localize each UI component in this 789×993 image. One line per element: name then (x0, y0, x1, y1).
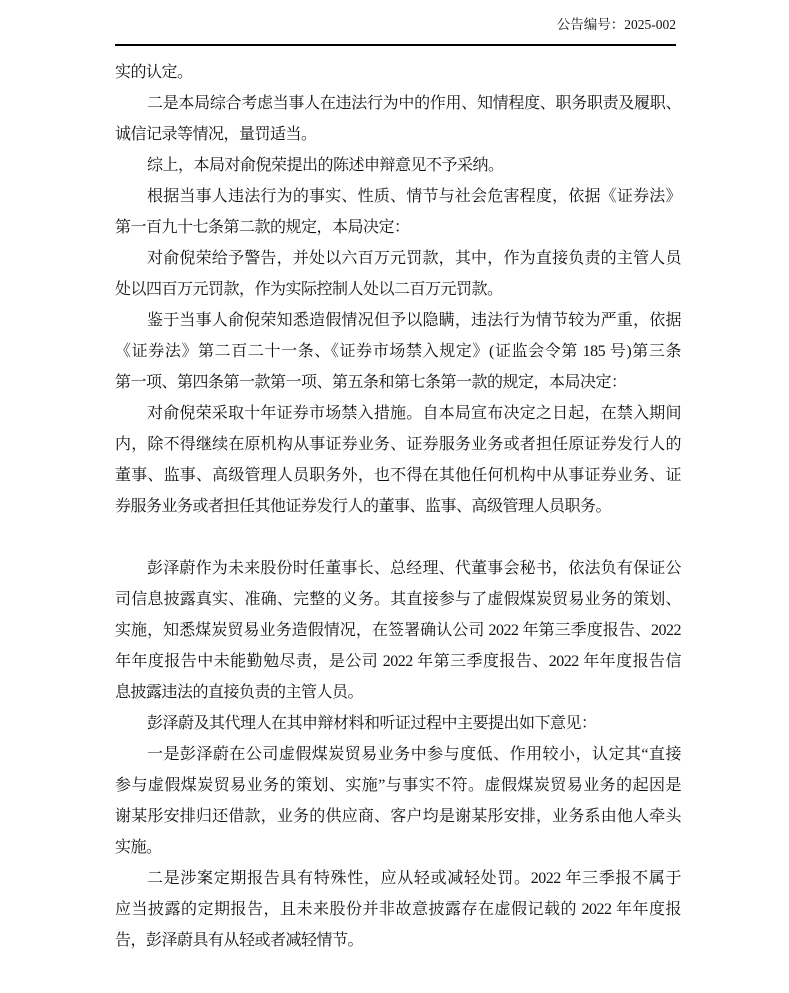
text-line: 息披露违法的直接负责的主管人员。 (115, 677, 681, 708)
text-line: 实的认定。 (115, 57, 681, 88)
text-line: 综上，本局对俞倪荣提出的陈述申辩意见不予采纳。 (115, 150, 681, 181)
text-line: 二是涉案定期报告具有特殊性，应从轻或减轻处罚。2022 年三季报不属于 (115, 863, 681, 894)
text-line: 对俞倪荣给予警告，并处以六百万元罚款，其中，作为直接负责的主管人员 (115, 243, 681, 274)
text-line: 实施，知悉煤炭贸易业务造假情况，在签署确认公司 2022 年第三季度报告、202… (115, 615, 681, 646)
text-line: 告，彭泽蔚具有从轻或者减轻情节。 (115, 925, 681, 956)
text-line: 内，除不得继续在原机构从事证券业务、证券服务业务或者担任原证券发行人的 (115, 429, 681, 460)
text-line: 对俞倪荣采取十年证券市场禁入措施。自本局宣布决定之日起，在禁入期间 (115, 398, 681, 429)
document-body: 实的认定。 二是本局综合考虑当事人在违法行为中的作用、知情程度、职务职责及履职、… (115, 57, 681, 956)
text-line: 参与虚假煤炭贸易业务的策划、实施”与事实不符。虚假煤炭贸易业务的起因是 (115, 770, 681, 801)
text-line: 《证券法》第二百二十一条、《证券市场禁入规定》(证监会令第 185 号)第三条 (115, 336, 681, 367)
text-line: 董事、监事、高级管理人员职务外，也不得在其他任何机构中从事证券业务、证 (115, 460, 681, 491)
text-line: 根据当事人违法行为的事实、性质、情节与社会危害程度，依据《证券法》 (115, 181, 681, 212)
document-page: 公告编号：2025-002 实的认定。 二是本局综合考虑当事人在违法行为中的作用… (0, 0, 789, 993)
text-line: 第一百九十七条第二款的规定，本局决定： (115, 212, 681, 243)
text-line: 一是彭泽蔚在公司虚假煤炭贸易业务中参与度低、作用较小，认定其“直接 (115, 739, 681, 770)
text-line: 年年度报告中未能勤勉尽责，是公司 2022 年第三季度报告、2022 年年度报告… (115, 646, 681, 677)
text-line: 实施。 (115, 832, 681, 863)
text-line: 诚信记录等情况，量罚适当。 (115, 119, 681, 150)
text-line: 彭泽蔚作为未来股份时任董事长、总经理、代董事会秘书，依法负有保证公 (115, 553, 681, 584)
text-line: 第一项、第四条第一款第一项、第五条和第七条第一款的规定，本局决定： (115, 367, 681, 398)
announcement-number: 公告编号：2025-002 (115, 16, 676, 34)
text-line: 谢某彤安排归还借款，业务的供应商、客户均是谢某彤安排，业务系由他人牵头 (115, 801, 681, 832)
blank-line (115, 522, 681, 553)
text-line: 券服务业务或者担任其他证券发行人的董事、监事、高级管理人员职务。 (115, 491, 681, 522)
header-divider (115, 44, 676, 46)
text-line: 应当披露的定期报告，且未来股份并非故意披露存在虚假记载的 2022 年年度报 (115, 894, 681, 925)
text-line: 鉴于当事人俞倪荣知悉造假情况但予以隐瞒，违法行为情节较为严重，依据 (115, 305, 681, 336)
text-line: 彭泽蔚及其代理人在其申辩材料和听证过程中主要提出如下意见： (115, 708, 681, 739)
text-line: 二是本局综合考虑当事人在违法行为中的作用、知情程度、职务职责及履职、 (115, 88, 681, 119)
text-line: 司信息披露真实、准确、完整的义务。其直接参与了虚假煤炭贸易业务的策划、 (115, 584, 681, 615)
text-line: 处以四百万元罚款，作为实际控制人处以二百万元罚款。 (115, 274, 681, 305)
